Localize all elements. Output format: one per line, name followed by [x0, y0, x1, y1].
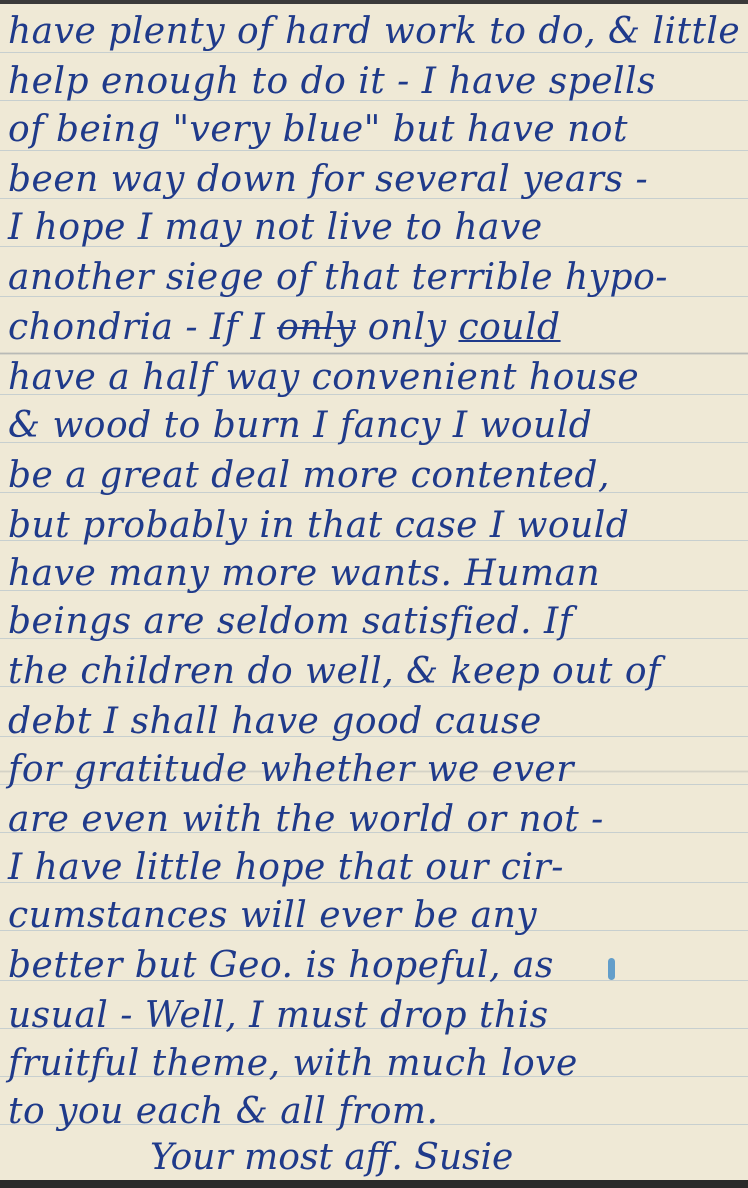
- letter-line: the children do well, & keep out of: [8, 650, 661, 694]
- struck-word: only: [277, 307, 356, 348]
- letter-line-text: only: [356, 307, 459, 348]
- letter-line-text: chondria - If I: [8, 307, 277, 348]
- letter-line: cumstances will ever be any: [8, 894, 537, 938]
- letter-line: been way down for several years -: [8, 158, 648, 202]
- letter-line: beings are seldom satisfied. If: [8, 600, 573, 644]
- letter-page: have plenty of hard work to do, & little…: [0, 0, 748, 1180]
- signature: Your most aff. Susie: [150, 1136, 513, 1180]
- letter-line: chondria - If I only only could: [8, 306, 561, 350]
- letter-line: help enough to do it - I have spells: [8, 60, 656, 104]
- ink-blot: [608, 958, 615, 980]
- letter-line: be a great deal more contented,: [8, 454, 610, 498]
- letter-line: to you each & all from.: [8, 1090, 439, 1134]
- underlined-word: could: [458, 307, 560, 348]
- letter-line: another siege of that terrible hypo-: [8, 256, 668, 300]
- letter-line: fruitful theme, with much love: [8, 1042, 578, 1086]
- scan-bottom-edge: [0, 1180, 748, 1188]
- paper-fold: [0, 352, 748, 355]
- scan-top-edge: [0, 0, 748, 4]
- letter-line: but probably in that case I would: [8, 504, 629, 548]
- letter-line: have a half way convenient house: [8, 356, 639, 400]
- letter-line: have many more wants. Human: [8, 552, 600, 596]
- letter-line: for gratitude whether we ever: [8, 748, 574, 792]
- letter-line: of being "very blue" but have not: [8, 108, 628, 152]
- letter-line: are even with the world or not -: [8, 798, 604, 842]
- letter-line: & wood to burn I fancy I would: [8, 404, 592, 448]
- letter-line: usual - Well, I must drop this: [8, 994, 549, 1038]
- letter-line: have plenty of hard work to do, & little: [8, 10, 740, 54]
- letter-line: better but Geo. is hopeful, as: [8, 944, 554, 988]
- letter-line: I have little hope that our cir-: [8, 846, 564, 890]
- letter-line: debt I shall have good cause: [8, 700, 542, 744]
- letter-line: I hope I may not live to have: [8, 206, 543, 250]
